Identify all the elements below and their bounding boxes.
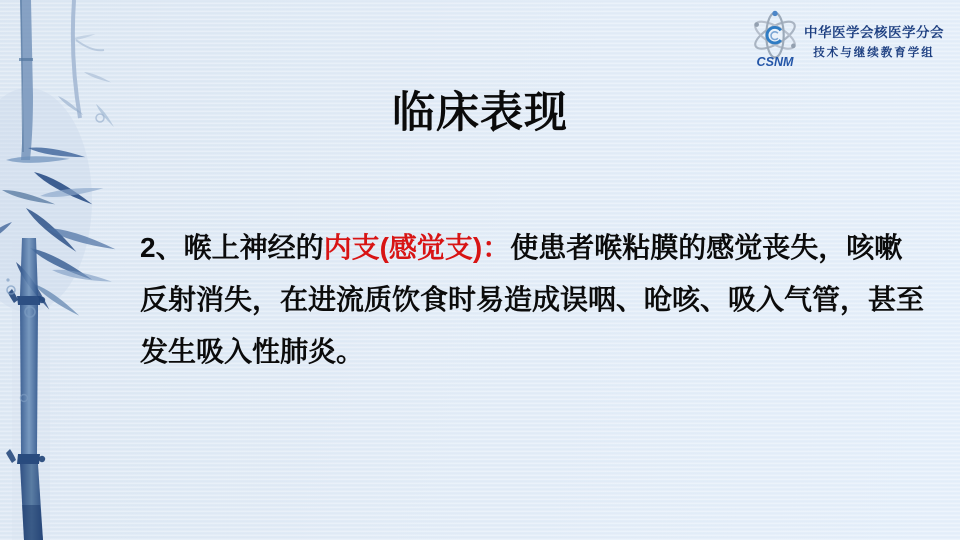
- org-subtitle: 技术与继续教育学组: [804, 44, 944, 60]
- body-text-segment: 发生吸入性肺炎。: [140, 336, 364, 367]
- bamboo-watercolor-decoration: [0, 0, 140, 540]
- slide-body-text: 2、喉上神经的内支(感觉支)：使患者喉粘膜的感觉丧失，咳嗽反射消失，在进流质饮食…: [140, 222, 940, 378]
- presentation-slide: CSNM 中华医学会核医学分会 技术与继续教育学组 临床表现 2、喉上神经的内支…: [0, 0, 960, 540]
- body-line: 发生吸入性肺炎。: [140, 326, 940, 378]
- highlighted-text: 内支(感觉支)：: [324, 232, 511, 263]
- atom-logo-icon: CSNM: [746, 10, 804, 70]
- body-text-segment: 反射消失，在进流质饮食时易造成误咽、呛咳、吸入气管，甚至: [140, 284, 924, 315]
- org-logo: CSNM 中华医学会核医学分会 技术与继续教育学组: [746, 10, 944, 70]
- slide-title: 临床表现: [0, 88, 960, 140]
- org-name: 中华医学会核医学分会: [804, 21, 944, 41]
- org-logo-text: 中华医学会核医学分会 技术与继续教育学组: [804, 10, 944, 60]
- body-line: 反射消失，在进流质饮食时易造成误咽、呛咳、吸入气管，甚至: [140, 274, 940, 326]
- body-line: 2、喉上神经的内支(感觉支)：使患者喉粘膜的感觉丧失，咳嗽: [140, 222, 940, 274]
- body-text-segment: 2、喉上神经的: [140, 232, 324, 263]
- logo-acronym: CSNM: [757, 55, 794, 69]
- body-text-segment: 使患者喉粘膜的感觉丧失，咳嗽: [510, 232, 902, 263]
